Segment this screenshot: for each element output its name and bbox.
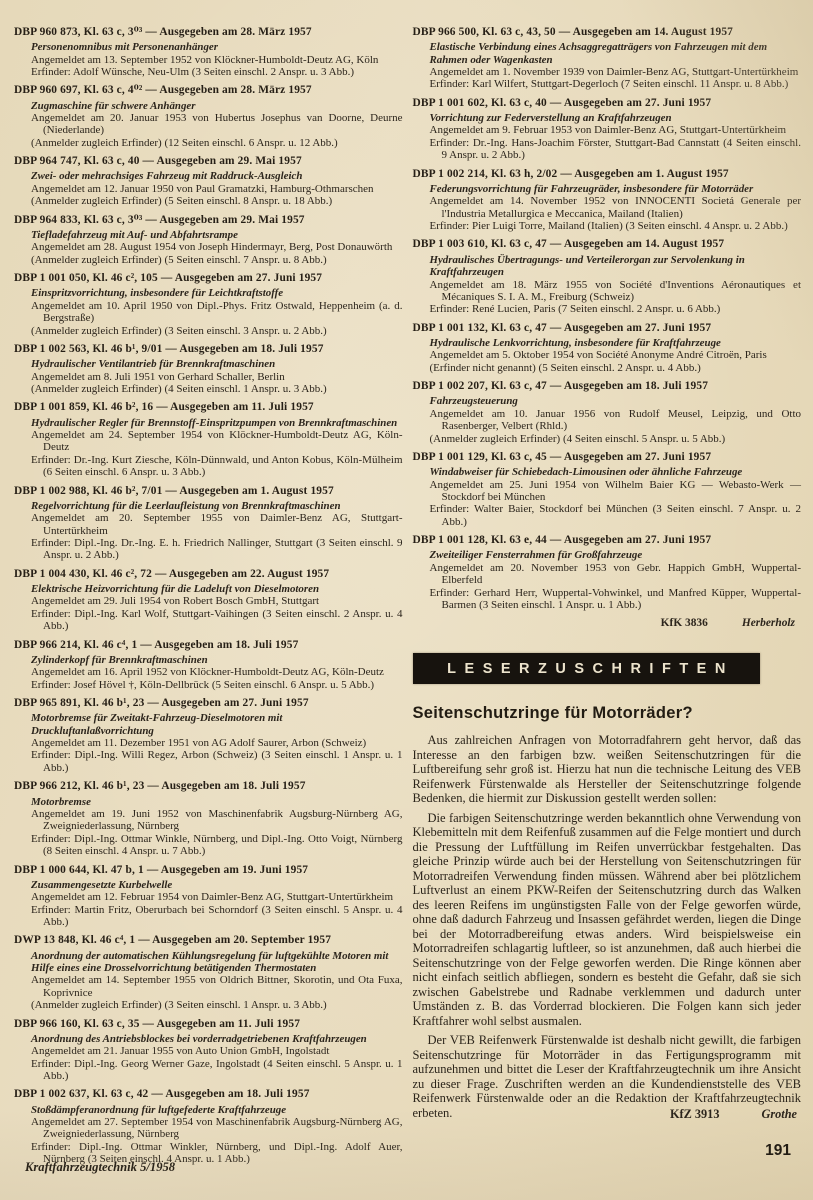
article-signoff-name: Grothe	[761, 1107, 797, 1121]
patent-details: Angemeldet am 12. Januar 1950 von Paul G…	[14, 183, 403, 208]
patent-title: Hydraulisches Übertragungs- und Verteile…	[430, 254, 802, 279]
patent-entry: DBP 1 001 129, Kl. 63 c, 45 — Ausgegeben…	[413, 451, 802, 528]
patent-title: Zwei- oder mehrachsiges Fahrzeug mit Rad…	[31, 170, 403, 182]
patent-details: Angemeldet am 14. November 1952 von INNO…	[413, 195, 802, 232]
patent-number-line: DBP 1 001 129, Kl. 63 c, 45 — Ausgegeben…	[413, 451, 802, 464]
patent-number-line: DBP 1 001 132, Kl. 63 c, 47 — Ausgegeben…	[413, 322, 802, 335]
scanned-journal-page: DBP 960 873, Kl. 63 c, 3⁰³ — Ausgegeben …	[0, 0, 813, 1200]
patent-entry: DBP 1 001 859, Kl. 46 b², 16 — Ausgegebe…	[14, 401, 403, 478]
patent-entry: DBP 1 001 128, Kl. 63 e, 44 — Ausgegeben…	[413, 534, 802, 611]
patent-detail-line: Angemeldet am 16. April 1952 von Klöckne…	[31, 666, 403, 678]
patent-details: Angemeldet am 16. April 1952 von Klöckne…	[14, 666, 403, 691]
patent-number-line: DBP 1 002 214, Kl. 63 h, 2/02 — Ausgegeb…	[413, 168, 802, 181]
article-body: Aus zahlreichen Anfragen von Motorradfah…	[413, 733, 802, 1120]
patent-details: Angemeldet am 24. September 1954 von Klö…	[14, 429, 403, 479]
patent-detail-line: Angemeldet am 5. Oktober 1954 von Sociét…	[430, 349, 802, 361]
patent-detail-line: Erfinder: Dr.-Ing. Hans-Joachim Förster,…	[430, 137, 802, 162]
patent-title: Stoßdämpferanordnung für luftgefederte K…	[31, 1104, 403, 1116]
patent-title: Elastische Verbindung eines Achsaggregat…	[430, 41, 802, 66]
patent-number-line: DBP 966 214, Kl. 46 c⁴, 1 — Ausgegeben a…	[14, 639, 403, 652]
patent-column-right: DBP 966 500, Kl. 63 c, 43, 50 — Ausgegeb…	[413, 26, 802, 611]
patent-detail-line: Erfinder: Dipl.-Ing. Karl Wolf, Stuttgar…	[31, 608, 403, 633]
patent-details: Angemeldet am 12. Februar 1954 von Daiml…	[14, 891, 403, 928]
article-signoff: KfZ 3913Grothe	[413, 1107, 802, 1122]
patent-detail-line: Angemeldet am 20. November 1953 von Gebr…	[430, 562, 802, 587]
patent-detail-line: (Erfinder nicht genannt) (5 Seiten einsc…	[430, 362, 802, 374]
patent-title: Anordnung des Antriebsblockes bei vorder…	[31, 1033, 403, 1045]
patent-title: Regelvorrichtung für die Leerlaufleistun…	[31, 500, 403, 512]
patents-signoff-name: Herberholz	[742, 617, 795, 629]
patent-detail-line: Angemeldet am 13. September 1952 von Klö…	[31, 54, 403, 66]
patent-entry: DBP 1 001 602, Kl. 63 c, 40 — Ausgegeben…	[413, 97, 802, 162]
patent-detail-line: Erfinder: Martin Fritz, Oberurbach bei S…	[31, 904, 403, 929]
patent-entry: DBP 966 212, Kl. 46 b¹, 23 — Ausgegeben …	[14, 780, 403, 857]
patent-number-line: DBP 1 002 637, Kl. 63 c, 42 — Ausgegeben…	[14, 1088, 403, 1101]
patent-number-line: DBP 1 001 128, Kl. 63 e, 44 — Ausgegeben…	[413, 534, 802, 547]
patents-signoff-code: KfK 3836	[661, 617, 708, 629]
patent-detail-line: Angemeldet am 10. April 1950 von Dipl.-P…	[31, 300, 403, 325]
patent-title: Fahrzeugsteuerung	[430, 395, 802, 407]
patent-details: Angemeldet am 27. September 1954 von Mas…	[14, 1116, 403, 1166]
patent-details: Angemeldet am 21. Januar 1955 von Auto U…	[14, 1045, 403, 1082]
patent-detail-line: Angemeldet am 18. März 1955 von Société …	[430, 279, 802, 304]
patent-detail-line: Angemeldet am 25. Juni 1954 von Wilhelm …	[430, 479, 802, 504]
patent-detail-line: Angemeldet am 29. Juli 1954 von Robert B…	[31, 595, 403, 607]
patent-number-line: DBP 1 003 610, Kl. 63 c, 47 — Ausgegeben…	[413, 238, 802, 251]
patent-details: Angemeldet am 20. September 1955 von Dai…	[14, 512, 403, 562]
patent-entry: DBP 960 873, Kl. 63 c, 3⁰³ — Ausgegeben …	[14, 26, 403, 78]
patent-detail-line: Erfinder: Dipl.-Ing. Dr.-Ing. E. h. Frie…	[31, 537, 403, 562]
patent-entry: DBP 965 891, Kl. 46 b¹, 23 — Ausgegeben …	[14, 697, 403, 774]
patent-detail-line: Erfinder: Dipl.-Ing. Georg Werner Gaze, …	[31, 1058, 403, 1083]
patent-details: Angemeldet am 11. Dezember 1951 von AG A…	[14, 737, 403, 774]
patent-title: Einspritzvorrichtung, insbesondere für L…	[31, 287, 403, 299]
patent-number-line: DBP 1 001 859, Kl. 46 b², 16 — Ausgegebe…	[14, 401, 403, 414]
right-column: DBP 966 500, Kl. 63 c, 43, 50 — Ausgegeb…	[413, 26, 802, 1122]
patent-details: Angemeldet am 18. März 1955 von Société …	[413, 279, 802, 316]
patent-number-line: DBP 964 833, Kl. 63 c, 3⁰³ — Ausgegeben …	[14, 214, 403, 227]
article-signoff-code: KfZ 3913	[670, 1107, 720, 1121]
patent-detail-line: Angemeldet am 9. Februar 1953 von Daimle…	[430, 124, 802, 136]
patent-detail-line: Angemeldet am 12. Februar 1954 von Daiml…	[31, 891, 403, 903]
patent-entry: DBP 966 500, Kl. 63 c, 43, 50 — Ausgegeb…	[413, 26, 802, 91]
patent-number-line: DBP 966 500, Kl. 63 c, 43, 50 — Ausgegeb…	[413, 26, 802, 39]
patent-detail-line: Erfinder: René Lucien, Paris (7 Seiten e…	[430, 303, 802, 315]
patent-entry: DBP 1 002 207, Kl. 63 c, 47 — Ausgegeben…	[413, 380, 802, 445]
patent-number-line: DWP 13 848, Kl. 46 c⁴, 1 — Ausgegeben am…	[14, 934, 403, 947]
patent-entry: DBP 1 004 430, Kl. 46 c², 72 — Ausgegebe…	[14, 568, 403, 633]
patent-detail-line: Angemeldet am 12. Januar 1950 von Paul G…	[31, 183, 403, 195]
patent-details: Angemeldet am 10. Januar 1956 von Rudolf…	[413, 408, 802, 445]
patent-number-line: DBP 1 004 430, Kl. 46 c², 72 — Ausgegebe…	[14, 568, 403, 581]
patent-number-line: DBP 965 891, Kl. 46 b¹, 23 — Ausgegeben …	[14, 697, 403, 710]
patent-entry: DBP 964 747, Kl. 63 c, 40 — Ausgegeben a…	[14, 155, 403, 207]
patent-title: Tiefladefahrzeug mit Auf- und Abfahrtsra…	[31, 229, 403, 241]
banner-text: LESERZUSCHRIFTEN	[447, 661, 734, 677]
patent-detail-line: Angemeldet am 28. August 1954 von Joseph…	[31, 241, 403, 253]
article-paragraph: Aus zahlreichen Anfragen von Motorradfah…	[413, 733, 802, 806]
patent-title: Federungsvorrichtung für Fahrzeugräder, …	[430, 183, 802, 195]
patent-detail-line: Erfinder: Walter Baier, Stockdorf bei Mü…	[430, 503, 802, 528]
patent-details: Angemeldet am 25. Juni 1954 von Wilhelm …	[413, 479, 802, 529]
patent-detail-line: (Anmelder zugleich Erfinder) (12 Seiten …	[31, 137, 403, 149]
patent-detail-line: Angemeldet am 20. September 1955 von Dai…	[31, 512, 403, 537]
patent-detail-line: (Anmelder zugleich Erfinder) (5 Seiten e…	[31, 254, 403, 266]
patent-detail-line: Angemeldet am 24. September 1954 von Klö…	[31, 429, 403, 454]
patent-number-line: DBP 960 697, Kl. 63 c, 4⁰² — Ausgegeben …	[14, 84, 403, 97]
patent-detail-line: Erfinder: Dipl.-Ing. Willi Regez, Arbon …	[31, 749, 403, 774]
patent-number-line: DBP 1 000 644, Kl. 47 b, 1 — Ausgegeben …	[14, 864, 403, 877]
page-number: 191	[765, 1142, 791, 1160]
patent-details: Angemeldet am 28. August 1954 von Joseph…	[14, 241, 403, 266]
patent-detail-line: (Anmelder zugleich Erfinder) (3 Seiten e…	[31, 325, 403, 337]
patent-title: Personenomnibus mit Personenanhänger	[31, 41, 403, 53]
patent-details: Angemeldet am 13. September 1952 von Klö…	[14, 54, 403, 79]
patent-detail-line: Erfinder: Josef Hövel †, Köln-Dellbrück …	[31, 679, 403, 691]
patent-entry: DBP 1 002 563, Kl. 46 b¹, 9/01 — Ausgege…	[14, 343, 403, 395]
patent-title: Motorbremse	[31, 796, 403, 808]
patent-title: Motorbremse für Zweitakt-Fahrzeug-Diesel…	[31, 712, 403, 737]
patent-detail-line: Erfinder: Adolf Wünsche, Neu-Ulm (3 Seit…	[31, 66, 403, 78]
patent-detail-line: (Anmelder zugleich Erfinder) (4 Seiten e…	[31, 383, 403, 395]
article-paragraph: Die farbigen Seitenschutzringe werden be…	[413, 811, 802, 1029]
patent-detail-line: (Anmelder zugleich Erfinder) (3 Seiten e…	[31, 999, 403, 1011]
patent-entry: DBP 1 001 132, Kl. 63 c, 47 — Ausgegeben…	[413, 322, 802, 374]
patent-title: Hydraulischer Regler für Brennstoff-Eins…	[31, 417, 403, 429]
patent-title: Elektrische Heizvorrichtung für die Lade…	[31, 583, 403, 595]
patent-detail-line: Erfinder: Pier Luigi Torre, Mailand (Ita…	[430, 220, 802, 232]
patent-detail-line: Angemeldet am 21. Januar 1955 von Auto U…	[31, 1045, 403, 1057]
patent-entry: DBP 1 001 050, Kl. 46 c², 105 — Ausgegeb…	[14, 272, 403, 337]
patent-details: Angemeldet am 29. Juli 1954 von Robert B…	[14, 595, 403, 632]
leserzuschriften-banner: LESERZUSCHRIFTEN	[413, 653, 760, 684]
patent-detail-line: Erfinder: Gerhard Herr, Wuppertal-Vohwin…	[430, 587, 802, 612]
article-title: Seitenschutzringe für Motorräder?	[413, 704, 802, 723]
patent-entry: DBP 1 002 214, Kl. 63 h, 2/02 — Ausgegeb…	[413, 168, 802, 233]
patent-detail-line: Angemeldet am 11. Dezember 1951 von AG A…	[31, 737, 403, 749]
patent-details: Angemeldet am 8. Juli 1951 von Gerhard S…	[14, 371, 403, 396]
patent-number-line: DBP 1 002 563, Kl. 46 b¹, 9/01 — Ausgege…	[14, 343, 403, 356]
patent-number-line: DBP 1 002 988, Kl. 46 b², 7/01 — Ausgege…	[14, 485, 403, 498]
patent-title: Zweiteiliger Fensterrahmen für Großfahrz…	[430, 549, 802, 561]
patent-title: Zugmaschine für schwere Anhänger	[31, 100, 403, 112]
patent-detail-line: (Anmelder zugleich Erfinder) (5 Seiten e…	[31, 195, 403, 207]
patent-title: Zylinderkopf für Brennkraftmaschinen	[31, 654, 403, 666]
patent-detail-line: Angemeldet am 27. September 1954 von Mas…	[31, 1116, 403, 1141]
patent-detail-line: Angemeldet am 14. September 1955 von Old…	[31, 974, 403, 999]
patent-detail-line: Angemeldet am 19. Juni 1952 von Maschine…	[31, 808, 403, 833]
patent-title: Vorrichtung zur Federverstellung an Kraf…	[430, 112, 802, 124]
patent-detail-line: Angemeldet am 14. November 1952 von INNO…	[430, 195, 802, 220]
patent-number-line: DBP 1 001 050, Kl. 46 c², 105 — Ausgegeb…	[14, 272, 403, 285]
patent-details: Angemeldet am 5. Oktober 1954 von Sociét…	[413, 349, 802, 374]
patent-entry: DBP 960 697, Kl. 63 c, 4⁰² — Ausgegeben …	[14, 84, 403, 149]
two-column-layout: DBP 960 873, Kl. 63 c, 3⁰³ — Ausgegeben …	[0, 0, 813, 1172]
patent-number-line: DBP 966 160, Kl. 63 c, 35 — Ausgegeben a…	[14, 1018, 403, 1031]
patent-details: Angemeldet am 19. Juni 1952 von Maschine…	[14, 808, 403, 858]
patent-detail-line: (Anmelder zugleich Erfinder) (4 Seiten e…	[430, 433, 802, 445]
patent-details: Angemeldet am 20. Januar 1953 von Hubert…	[14, 112, 403, 149]
patent-entry: DBP 966 160, Kl. 63 c, 35 — Ausgegeben a…	[14, 1018, 403, 1083]
patent-number-line: DBP 1 002 207, Kl. 63 c, 47 — Ausgegeben…	[413, 380, 802, 393]
patent-detail-line: Angemeldet am 20. Januar 1953 von Hubert…	[31, 112, 403, 137]
patent-details: Angemeldet am 14. September 1955 von Old…	[14, 974, 403, 1011]
patent-title: Hydraulischer Ventilantrieb für Brennkra…	[31, 358, 403, 370]
patent-entry: DBP 1 000 644, Kl. 47 b, 1 — Ausgegeben …	[14, 864, 403, 929]
patent-detail-line: Angemeldet am 1. November 1939 von Daiml…	[430, 66, 802, 78]
patent-column-left: DBP 960 873, Kl. 63 c, 3⁰³ — Ausgegeben …	[14, 26, 403, 1172]
patent-title: Anordnung der automatischen Kühlungsrege…	[31, 950, 403, 975]
patent-detail-line: Erfinder: Dr.-Ing. Kurt Ziesche, Köln-Dü…	[31, 454, 403, 479]
patent-title: Hydraulische Lenkvorrichtung, insbesonde…	[430, 337, 802, 349]
patent-entry: DBP 1 002 988, Kl. 46 b², 7/01 — Ausgege…	[14, 485, 403, 562]
patent-entry: DBP 966 214, Kl. 46 c⁴, 1 — Ausgegeben a…	[14, 639, 403, 691]
patents-signoff: KfK 3836Herberholz	[413, 617, 796, 629]
patent-details: Angemeldet am 9. Februar 1953 von Daimle…	[413, 124, 802, 161]
patent-number-line: DBP 1 001 602, Kl. 63 c, 40 — Ausgegeben…	[413, 97, 802, 110]
patent-details: Angemeldet am 1. November 1939 von Daiml…	[413, 66, 802, 91]
patent-entry: DBP 964 833, Kl. 63 c, 3⁰³ — Ausgegeben …	[14, 214, 403, 266]
patent-number-line: DBP 964 747, Kl. 63 c, 40 — Ausgegeben a…	[14, 155, 403, 168]
patent-entry: DBP 1 003 610, Kl. 63 c, 47 — Ausgegeben…	[413, 238, 802, 315]
patent-detail-line: Angemeldet am 10. Januar 1956 von Rudolf…	[430, 408, 802, 433]
patent-title: Windabweiser für Schiebedach-Limousinen …	[430, 466, 802, 478]
patent-detail-line: Erfinder: Karl Wilfert, Stuttgart-Degerl…	[430, 78, 802, 90]
footer-journal-title: Kraftfahrzeugtechnik 5/1958	[25, 1160, 175, 1175]
patent-number-line: DBP 960 873, Kl. 63 c, 3⁰³ — Ausgegeben …	[14, 26, 403, 39]
patent-number-line: DBP 966 212, Kl. 46 b¹, 23 — Ausgegeben …	[14, 780, 403, 793]
patent-entry: DWP 13 848, Kl. 46 c⁴, 1 — Ausgegeben am…	[14, 934, 403, 1011]
patent-details: Angemeldet am 20. November 1953 von Gebr…	[413, 562, 802, 612]
patent-entry: DBP 1 002 637, Kl. 63 c, 42 — Ausgegeben…	[14, 1088, 403, 1165]
patent-title: Zusammengesetzte Kurbelwelle	[31, 879, 403, 891]
patent-detail-line: Angemeldet am 8. Juli 1951 von Gerhard S…	[31, 371, 403, 383]
patent-detail-line: Erfinder: Dipl.-Ing. Ottmar Winkle, Nürn…	[31, 833, 403, 858]
patent-details: Angemeldet am 10. April 1950 von Dipl.-P…	[14, 300, 403, 337]
